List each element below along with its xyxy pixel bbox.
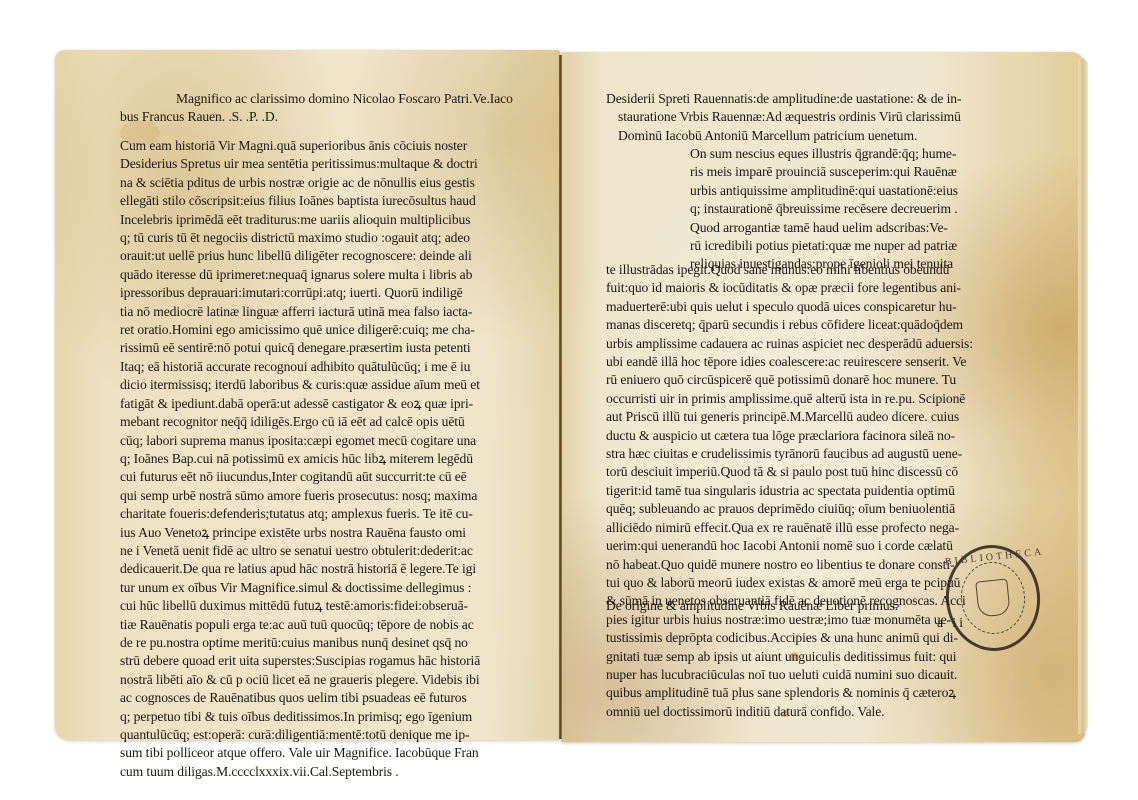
liber-primus-title: De origine & amplitudine Vrbis Rauēnæ Li… (606, 597, 898, 615)
text-line: gnitati tuæ semp ab ipsis ut aiunt ungui… (606, 648, 973, 666)
text-line: mebant recognitor neq̄q̄ idiligēs.Ergo c… (120, 413, 480, 431)
preface-body: te illustrādas ipegit.Quod sane munus:eo… (606, 261, 973, 721)
text-line: cui futurus eēt nō iiucundus,Inter cogit… (120, 468, 480, 486)
text-line: nuper has lucubraciūculas noī tuo ueluti… (606, 666, 973, 684)
text-line: uerim:qui uenerandū hoc Iacobi Antonii n… (606, 537, 973, 555)
text-line: tustissimis deprōpta codicibus.Accipies … (606, 629, 973, 647)
text-line: torū desciuit imperiū.Quod tā & si paulo… (606, 463, 973, 481)
text-line: rissimū eē sentirē:nō potui quicq̄ deneg… (120, 339, 480, 357)
page-edges (1078, 58, 1088, 734)
heading-line: Magnifico ac clarissimo domino Nicolao F… (120, 90, 513, 108)
text-line: ellegāti stilo cōscripsit:eius filius Io… (120, 192, 480, 210)
text-line: orauit:ut uellē prius hunc libellū dilig… (120, 247, 480, 265)
text-line: tiæ Rauēnatis populi erga te:ac auū tuū … (120, 616, 480, 634)
text-line: strū debere quoad erit uita superstes:Su… (120, 652, 480, 670)
text-line: ac cognosces de Rauēnatibus quos uelim t… (120, 689, 480, 707)
text-line: Desiderius Spretus uir mea sentētia peri… (120, 155, 480, 173)
text-line: Itaq; eā historiā accurate recognoui adh… (120, 358, 480, 376)
text-line: cui hūc libellū duximus mittēdū futuꝝ te… (120, 597, 480, 615)
text-line: dedicauerit.De qua re latius apud hāc no… (120, 560, 480, 578)
text-line: nō habeat.Quo quidē munere nostro eo lib… (606, 556, 973, 574)
text-line: fuit:quo id maioris & iocūditatis & opæ … (606, 279, 973, 297)
text-line: tur unum ex oībus Vir Magnifice.simul & … (120, 579, 480, 597)
text-line: Quod arrogantiæ tamē haud uelim adscriba… (690, 219, 958, 237)
text-line: ius Auo Venetoꝝ principe existēte urbs n… (120, 524, 480, 542)
text-line: rū icredibili potius pietati:quæ me nupe… (690, 237, 958, 255)
text-line: Cum eam historiā Vir Magni.quā superiori… (120, 137, 480, 155)
text-line: rū eniuero quō circūspicerē quē potissim… (606, 371, 973, 389)
text-line: tia nō mediocrē latinæ linguæ afferri ia… (120, 303, 480, 321)
text-line: maduerterē:ubi quis uelut i speculo quod… (606, 298, 973, 316)
text-line: alliciēdo nimirū effecit.Qua ex re rauēn… (606, 519, 973, 537)
book-spread: Magnifico ac clarissimo domino Nicolao F… (0, 0, 1138, 800)
dedication-heading: Magnifico ac clarissimo domino Nicolao F… (120, 90, 513, 127)
dedication-body: Cum eam historiā Vir Magni.quā superiori… (120, 137, 480, 781)
text-line: quantulūcūq; est:operā: curā:diligentiā:… (120, 726, 480, 744)
heading-line: bus Francus Rauen. .S. .P. .D. (120, 108, 513, 126)
text-line: na & sciētia pditus de urbis nostræ orig… (120, 174, 480, 192)
text-line: occurristi uir in primis amplissime.quē … (606, 390, 973, 408)
text-line: qui semp urbē nostrā sūmo amore fueris p… (120, 487, 480, 505)
text-line: sum tibi polliceor atque offero. Vale ui… (120, 744, 480, 762)
text-line: quēq; subleuando ac prauos deprimēdo ciu… (606, 500, 973, 518)
text-line: ret oratio.Homini ego amicissimo quē uni… (120, 321, 480, 339)
text-line: q; instaurationē q̄breuissime recēsere d… (690, 200, 958, 218)
heading-line: stauratione Vrbis Rauennæ:Ad æquestris o… (606, 108, 961, 126)
text-line: de re pu.nostra optime meritū:cuius mani… (120, 634, 480, 652)
text-line: ductu & auspicio ut cætera tua lōge præc… (606, 427, 973, 445)
text-line: te illustrādas ipegit.Quod sane munus:eo… (606, 261, 973, 279)
text-line: charitate foueris:defenderis;tutatus atq… (120, 505, 480, 523)
text-line: tui quo & laborū meorū iudex existas & a… (606, 574, 973, 592)
text-line: ris meis imparē prouinciā susceperim:qui… (690, 163, 958, 181)
text-line: cūq; labori suprema manus iposita:cæpi e… (120, 432, 480, 450)
text-line: stra hæc ciuitas e crudelissimis tyrānor… (606, 445, 973, 463)
text-line: ipressoribus deprauari:imutari:corrūpi:a… (120, 284, 480, 302)
text-line: quādo iteresse dū iprimeret:nequaq̄ igna… (120, 266, 480, 284)
text-line: aut Priscū illū tui generis principē.M.M… (606, 408, 973, 426)
text-line: manas disceretq; q̄parū secundis i rebus… (606, 316, 973, 334)
text-line: omniū uel doctissimorū inditiū daturā co… (606, 703, 973, 721)
text-line: fatigāt & ipediunt.dabā operā:ut adessē … (120, 395, 480, 413)
text-line: q; perpetuo tibi & tuis oībus deditissim… (120, 708, 480, 726)
text-line: tigerit:id tamē tua singularis idustria … (606, 482, 973, 500)
text-line: ne i Venetā uenit fidē ac ultro se senat… (120, 542, 480, 560)
text-line: quibus amplitudinē tuā plus sane splendo… (606, 684, 973, 702)
heading-line: Dominū Iacobū Antoniū Marcellum patriciu… (606, 127, 961, 145)
text-line: nostrā libēti aīo & cū p ociū licet eā n… (120, 671, 480, 689)
book-gutter (559, 55, 562, 739)
text-line: dicio itermissisq; iterdū laboribus & cu… (120, 376, 480, 394)
chapter-heading: Desiderii Spreti Rauennatis:de amplitudi… (606, 90, 961, 145)
preface-indented-body: On sum nescius eques illustris q̄grandē:… (690, 145, 958, 274)
text-line: q; tū curis tū ēt negociis districtū max… (120, 229, 480, 247)
text-line: ubi eandē illā hoc tēpore idies coalesce… (606, 353, 973, 371)
text-line: Incelebris iprimēdā eēt traditurus:me ua… (120, 211, 480, 229)
book-title-line: De origine & amplitudine Vrbis Rauēnæ Li… (606, 597, 898, 615)
text-line: cum tuum diligas.M.cccclxxxix.vii.Cal.Se… (120, 763, 480, 781)
text-line: On sum nescius eques illustris q̄grandē:… (690, 145, 958, 163)
text-line: urbis antiquissime amplitudinē:qui uasta… (690, 182, 958, 200)
text-line: q; Ioānes Bap.cui nā potissimū ex amicis… (120, 450, 480, 468)
heading-line: Desiderii Spreti Rauennatis:de amplitudi… (606, 90, 961, 108)
text-line: urbis amplissime cadauera ac ruinas aspi… (606, 335, 973, 353)
